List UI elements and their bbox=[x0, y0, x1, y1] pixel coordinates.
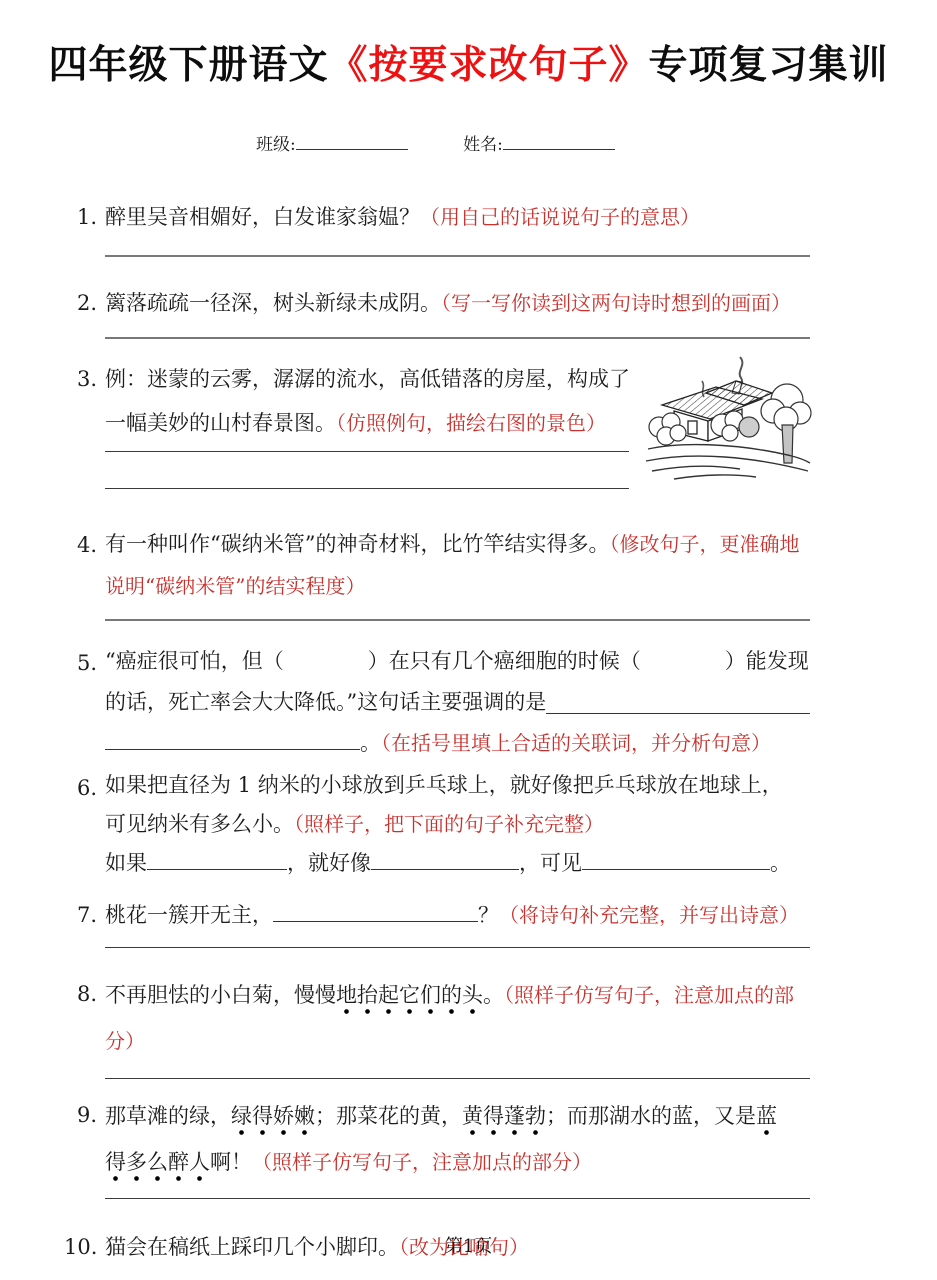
instruction-note: （用自己的话说说句子的意思） bbox=[420, 205, 700, 229]
question-2: 2. 篱落疏疏一径深，树头新绿未成阴。（写一写你读到这两句诗时想到的画面） bbox=[64, 281, 810, 339]
question-text-line2: 可见纳米有多么小。 bbox=[105, 812, 294, 836]
question-text: ；那菜花的黄， bbox=[315, 1104, 462, 1128]
question-1: 1. 醉里吴音相媚好，白发谁家翁媪？（用自己的话说说句子的意思） bbox=[64, 195, 810, 257]
dotted-text: 地抬起它们的头 bbox=[336, 983, 483, 1015]
student-info-row: 班级: 姓名: bbox=[256, 130, 937, 155]
question-text-line1: 如果把直径为 1 纳米的小球放到乒乓球上，就好像把乒乓球放在地球上， bbox=[105, 766, 810, 805]
name-blank bbox=[503, 134, 615, 150]
question-text-line2: 的话，死亡率会大大降低。”这句话主要强调的是 bbox=[105, 682, 546, 723]
question-number: 8. bbox=[64, 972, 105, 1079]
class-field: 班级: bbox=[256, 135, 408, 155]
fill-blank bbox=[147, 849, 287, 870]
instruction-note: （将诗句补充完整，并写出诗意） bbox=[499, 903, 799, 927]
fill-period: 。 bbox=[770, 851, 791, 875]
answer-line bbox=[105, 619, 810, 621]
instruction-note: （照样子仿写句子，注意加点的部分） bbox=[252, 1150, 592, 1174]
question-number: 7. bbox=[64, 893, 105, 948]
dotted-text: 绿得娇嫩 bbox=[231, 1104, 315, 1136]
question-text: 不再胆怯的小白菊，慢慢 bbox=[105, 983, 336, 1007]
question-text: 篱落疏疏一径深，树头新绿未成阴。 bbox=[105, 291, 441, 315]
question-6: 6. 如果把直径为 1 纳米的小球放到乒乓球上，就好像把乒乓球放在地球上， 可见… bbox=[64, 766, 810, 883]
answer-blank bbox=[273, 901, 478, 922]
fill-prefix-1: 如果 bbox=[105, 851, 147, 875]
instruction-note: （在括号里填上合适的关联词，并分析句意） bbox=[381, 731, 771, 755]
fill-blank bbox=[582, 849, 770, 870]
worksheet-page: 四年级下册语文《按要求改句子》专项复习集训 班级: 姓名: 1. 醉里吴音相媚好… bbox=[0, 0, 937, 1280]
question-number: 1. bbox=[64, 195, 105, 257]
title-part-red: 《按要求改句子》 bbox=[328, 44, 648, 87]
question-number: 2. bbox=[64, 281, 105, 339]
answer-line bbox=[105, 947, 810, 948]
answer-line bbox=[105, 1198, 810, 1199]
class-label: 班级: bbox=[256, 135, 296, 155]
answer-line bbox=[105, 337, 810, 339]
fill-prefix-3: ，可见 bbox=[519, 851, 582, 875]
answer-blank bbox=[546, 713, 810, 714]
question-text: 桃花一簇开无主， bbox=[105, 903, 273, 927]
page-number: 第1页 bbox=[0, 1232, 937, 1258]
question-text: 醉里吴音相媚好，白发谁家翁媪？ bbox=[105, 205, 420, 229]
question-4: 4. 有一种叫作“碳纳米管”的神奇材料，比竹竿结实得多。（修改句子，更准确地说明… bbox=[64, 523, 810, 621]
question-8: 8. 不再胆怯的小白菊，慢慢地抬起它们的头。（照样子仿写句子，注意加点的部分） bbox=[64, 972, 810, 1079]
question-text-line2: 一幅美妙的山村春景图。 bbox=[105, 411, 336, 435]
question-number: 3. bbox=[64, 357, 105, 489]
question-5: 5. “癌症很可怕，但（ ）在只有几个癌细胞的时候（ ）能发现 的话，死亡率会大… bbox=[64, 641, 810, 764]
answer-line bbox=[105, 255, 810, 257]
answer-blank bbox=[105, 729, 360, 750]
name-label: 姓名: bbox=[463, 135, 503, 155]
instruction-note: （写一写你读到这两句诗时想到的画面） bbox=[441, 291, 791, 315]
class-blank bbox=[296, 134, 408, 150]
dotted-text: 黄得蓬勃 bbox=[462, 1104, 546, 1136]
question-7: 7. 桃花一簇开无主，？（将诗句补充完整，并写出诗意） bbox=[64, 893, 810, 948]
answer-line bbox=[105, 1078, 810, 1079]
village-illustration bbox=[644, 353, 814, 485]
question-number: 5. bbox=[64, 641, 105, 764]
fill-prefix-2: ，就好像 bbox=[287, 851, 371, 875]
sentence-period: 。 bbox=[483, 983, 504, 1007]
question-number: 4. bbox=[64, 523, 105, 621]
question-text: 那草滩的绿， bbox=[105, 1104, 231, 1128]
fill-blank bbox=[371, 849, 519, 870]
instruction-note: （仿照例句，描绘右图的景色） bbox=[336, 411, 606, 435]
question-text-line1: “癌症很可怕，但（ ）在只有几个癌细胞的时候（ ）能发现 bbox=[105, 641, 810, 682]
question-9: 9. 那草滩的绿，绿得娇嫩；那菜花的黄，黄得蓬勃；而那湖水的蓝，又是蓝得多么醉人… bbox=[64, 1093, 810, 1198]
question-text: ；而那湖水的蓝，又是 bbox=[546, 1104, 756, 1128]
title-part-black2: 专项复习集训 bbox=[649, 44, 889, 87]
name-field: 姓名: bbox=[463, 135, 615, 155]
page-title: 四年级下册语文《按要求改句子》专项复习集训 bbox=[10, 34, 927, 90]
question-text: 啊！ bbox=[210, 1150, 252, 1174]
answer-line bbox=[105, 488, 629, 489]
question-3: 3. bbox=[64, 357, 810, 489]
title-part-black1: 四年级下册语文 bbox=[48, 44, 328, 87]
question-mark: ？ bbox=[478, 903, 499, 927]
sentence-period: 。 bbox=[360, 731, 381, 755]
question-text: 有一种叫作“碳纳米管”的神奇材料，比竹竿结实得多。 bbox=[105, 532, 609, 556]
question-number: 6. bbox=[64, 766, 105, 883]
answer-line bbox=[105, 451, 629, 452]
question-number: 9. bbox=[64, 1093, 105, 1198]
instruction-note: （照样子，把下面的句子补充完整） bbox=[294, 812, 604, 836]
